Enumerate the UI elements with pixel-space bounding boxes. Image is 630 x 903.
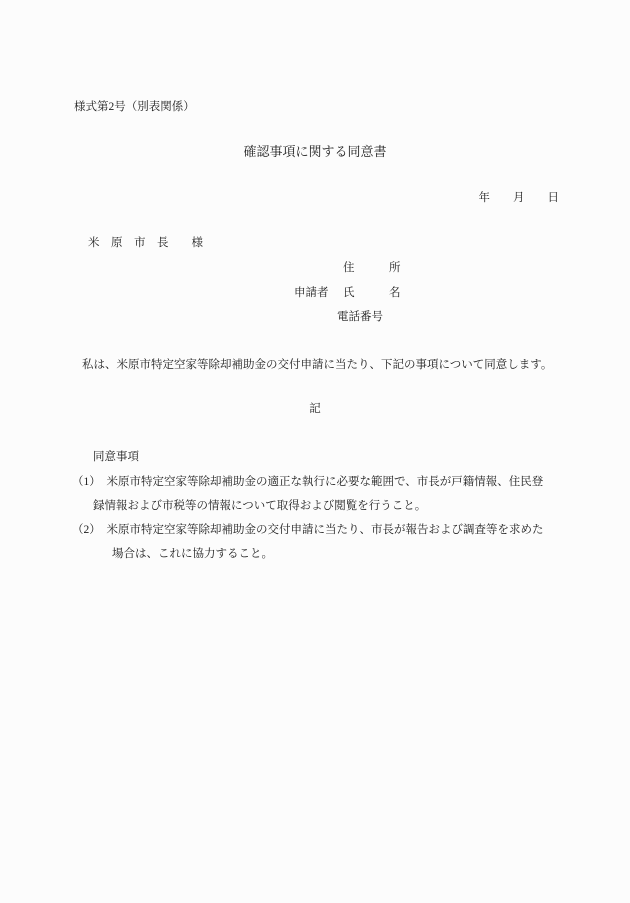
consent-item-2-line-1: （2） 米原市特定空家等除却補助金の交付申請に当たり、市長が報告および調査等を求…: [72, 523, 544, 537]
consent-item-1-line-2: 録情報および市税等の情報について取得および閲覧を行うこと。: [93, 499, 426, 513]
applicant-label: 申請者: [294, 286, 329, 300]
addressee-line: 米 原 市 長 様: [88, 236, 203, 250]
date-line: 年 月 日: [479, 191, 560, 205]
page-title: 確認事項に関する同意書: [0, 145, 630, 159]
consent-item-1-line-1: （1） 米原市特定空家等除却補助金の適正な執行に必要な範囲で、市長が戸籍情報、住…: [72, 475, 543, 489]
applicant-phone-label: 電話番号: [337, 310, 383, 324]
items-heading: 同意事項: [93, 450, 139, 464]
applicant-address-label: 住 所: [343, 261, 401, 275]
consent-item-2-line-2: 場合は、これに協力すること。: [112, 547, 273, 561]
consent-statement: 私は、米原市特定空家等除却補助金の交付申請に当たり、下記の事項について同意します…: [82, 358, 552, 372]
form-number: 様式第2号（別表関係）: [74, 100, 195, 114]
ki-marker: 記: [0, 402, 630, 416]
document-page: 様式第2号（別表関係） 確認事項に関する同意書 年 月 日 米 原 市 長 様 …: [0, 0, 630, 903]
applicant-name-label: 氏 名: [343, 286, 401, 300]
